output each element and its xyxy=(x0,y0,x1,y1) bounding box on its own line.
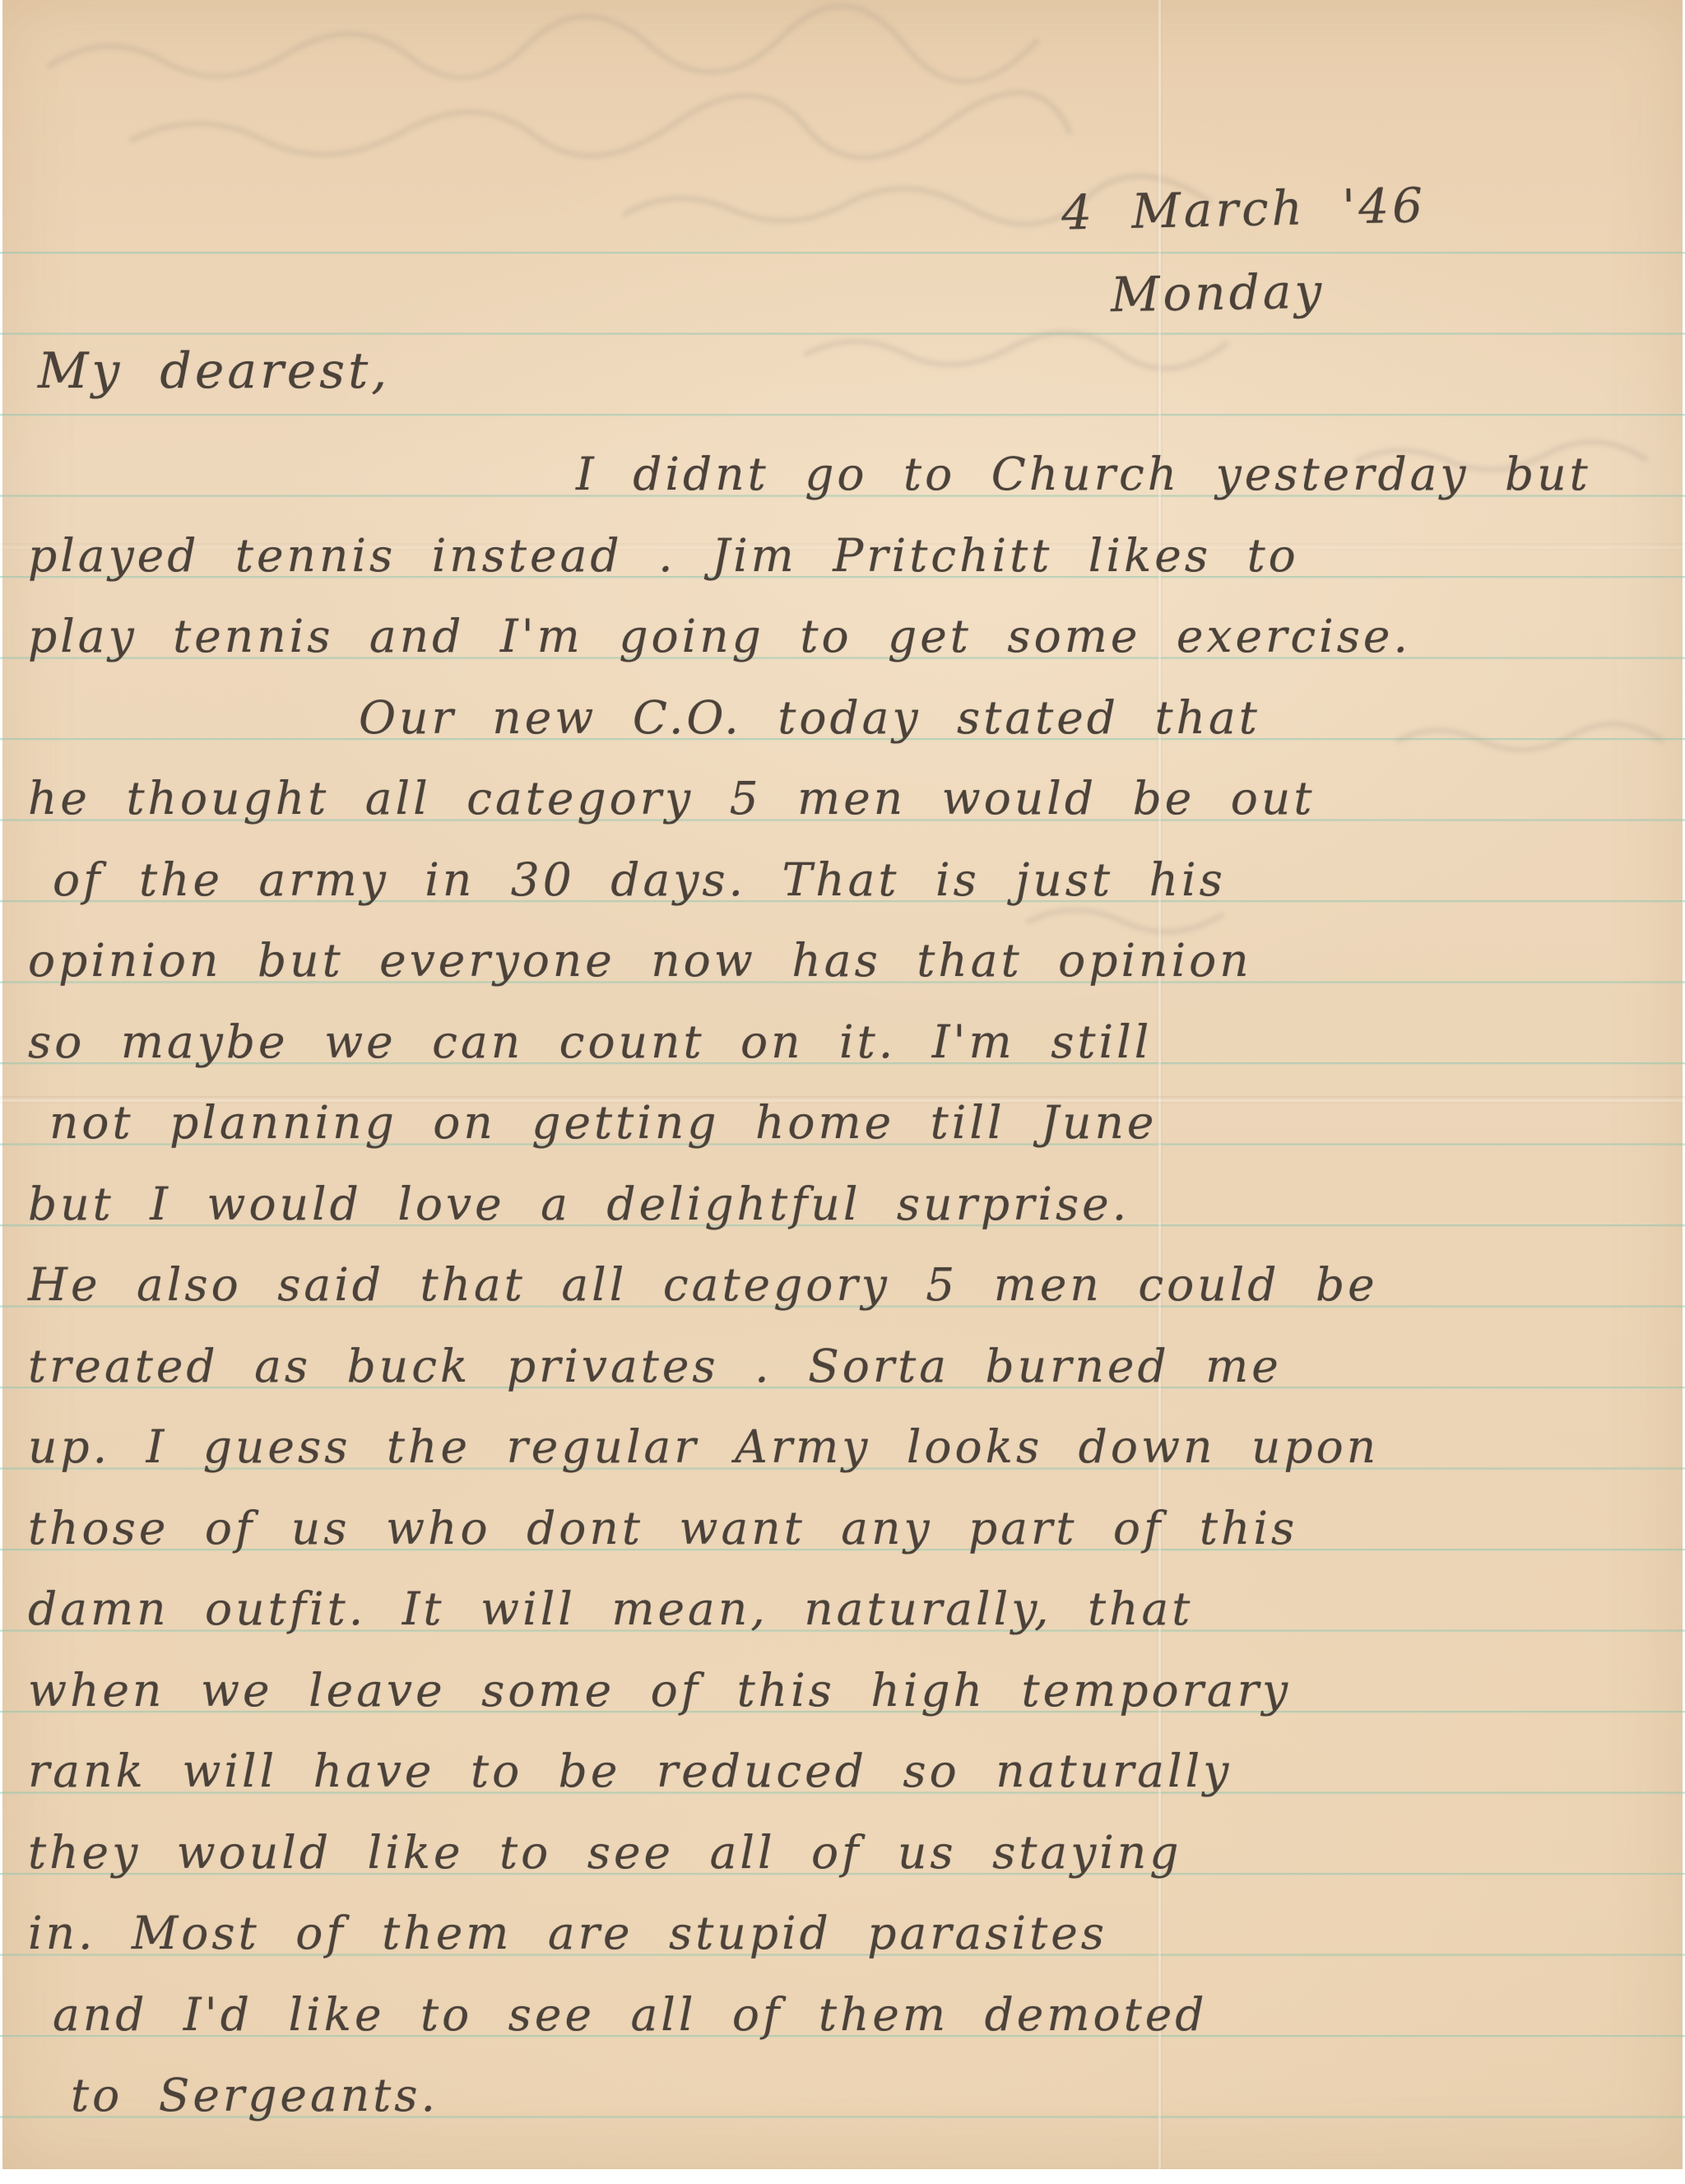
letter-line: up. I guess the regular Army looks down … xyxy=(0,1387,1685,1469)
letter-line: so maybe we can count on it. I'm still xyxy=(0,983,1685,1064)
letter-line: damn outfit. It will mean, naturally, th… xyxy=(0,1550,1685,1631)
scanned-letter-page: 4 March '46 Monday My dearest, I didnt g… xyxy=(0,0,1685,2184)
letter-line: not planning on getting home till June xyxy=(0,1063,1685,1145)
scanner-edge xyxy=(0,2169,1685,2184)
letter-line: in. Most of them are stupid parasites xyxy=(0,1874,1685,1955)
letter-line: Our new C.O. today stated that xyxy=(0,658,1685,740)
letter-line: he thought all category 5 men would be o… xyxy=(0,739,1685,820)
letter-line: played tennis instead . Jim Pritchitt li… xyxy=(0,496,1685,578)
letter-line: I didnt go to Church yesterday but xyxy=(0,415,1685,496)
letter-line: opinion but everyone now has that opinio… xyxy=(0,901,1685,983)
letter-line: of the army in 30 days. That is just his xyxy=(0,820,1685,902)
day-line: Monday xyxy=(1110,263,1325,323)
salutation: My dearest, xyxy=(38,342,390,400)
letter-line: rank will have to be reduced so naturall… xyxy=(0,1712,1685,1793)
letter-line: play tennis and I'm going to get some ex… xyxy=(0,577,1685,658)
letter-line: when we leave some of this high temporar… xyxy=(0,1631,1685,1712)
letter-line: but I would love a delightful surprise. xyxy=(0,1145,1685,1226)
letter-line: treated as buck privates . Sorta burned … xyxy=(0,1307,1685,1388)
letter-body: I didnt go to Church yesterday butplayed… xyxy=(0,415,1685,2117)
letter-line: and I'd like to see all of them demoted xyxy=(0,1955,1685,2037)
letter-line: to Sergeants. xyxy=(0,2036,1685,2117)
letter-line: they would like to see all of us staying xyxy=(0,1793,1685,1875)
date-line: 4 March '46 xyxy=(1061,177,1426,240)
letter-line: He also said that all category 5 men cou… xyxy=(0,1225,1685,1307)
letter-line: those of us who dont want any part of th… xyxy=(0,1469,1685,1550)
